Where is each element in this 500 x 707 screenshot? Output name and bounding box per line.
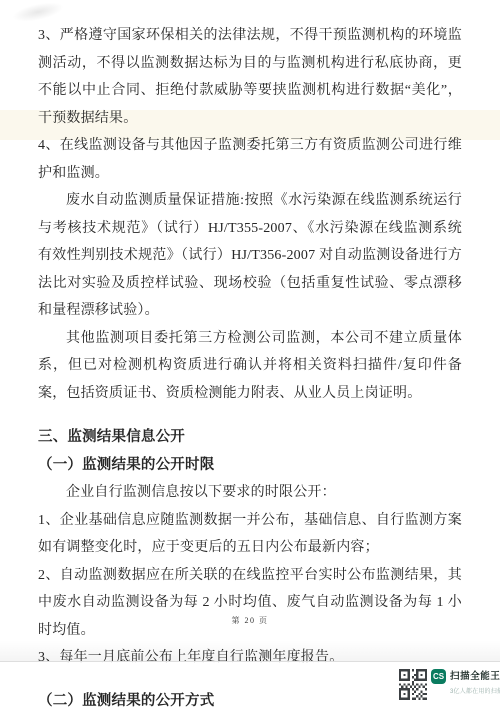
document-content: 3、严格遵守国家环保相关的法律法规，不得干预监测机构的环境监测活动，不得以监测数… (38, 22, 462, 707)
paragraph-wastewater-qa: 废水自动监测质量保证措施:按照《水污染源在线监测系统运行与考核技术规范》（试行）… (38, 187, 462, 325)
paragraph-disclosure-1: 1、企业基础信息应随监测数据一并公布，基础信息、自行监测方案如有调整变化时，应于… (38, 507, 462, 562)
paragraph-rule-3: 3、严格遵守国家环保相关的法律法规，不得干预监测机构的环境监测活动，不得以监测数… (38, 22, 462, 132)
scanned-document-page: 3、严格遵守国家环保相关的法律法规，不得干预监测机构的环境监测活动，不得以监测数… (0, 0, 500, 707)
watermark-app-name: 扫描全能王 (450, 669, 500, 684)
qr-code-icon (399, 669, 427, 700)
paragraph-third-party: 其他监测项目委托第三方检测公司监测，本公司不建立质量体系，但已对检测机构资质进行… (38, 325, 462, 408)
watermark-text-block: CS 扫描全能王 3亿人都在用的扫描App (431, 669, 500, 695)
section-heading-3: 三、监测结果信息公开 (38, 424, 462, 452)
camscanner-logo-icon: CS (431, 669, 446, 684)
subsection-heading-1: （一）监测结果的公开时限 (38, 452, 462, 480)
watermark-tagline: 3亿人都在用的扫描App (450, 686, 500, 695)
paragraph-rule-4: 4、在线监测设备与其他因子监测委托第三方有资质监测公司进行维护和监测。 (38, 132, 462, 187)
paragraph-disclosure-3: 3、每年一月底前公布上年度自行监测年度报告。 (38, 644, 462, 672)
camscanner-watermark: CS 扫描全能王 3亿人都在用的扫描App (399, 669, 500, 700)
paragraph-disclosure-intro: 企业自行监测信息按以下要求的时限公开： (38, 479, 462, 507)
page-number: 第 20 页 (0, 615, 500, 626)
paragraph-disclosure-2: 2、自动监测数据应在所关联的在线监控平台实时公布监测结果，其中废水自动监测设备为… (38, 562, 462, 645)
